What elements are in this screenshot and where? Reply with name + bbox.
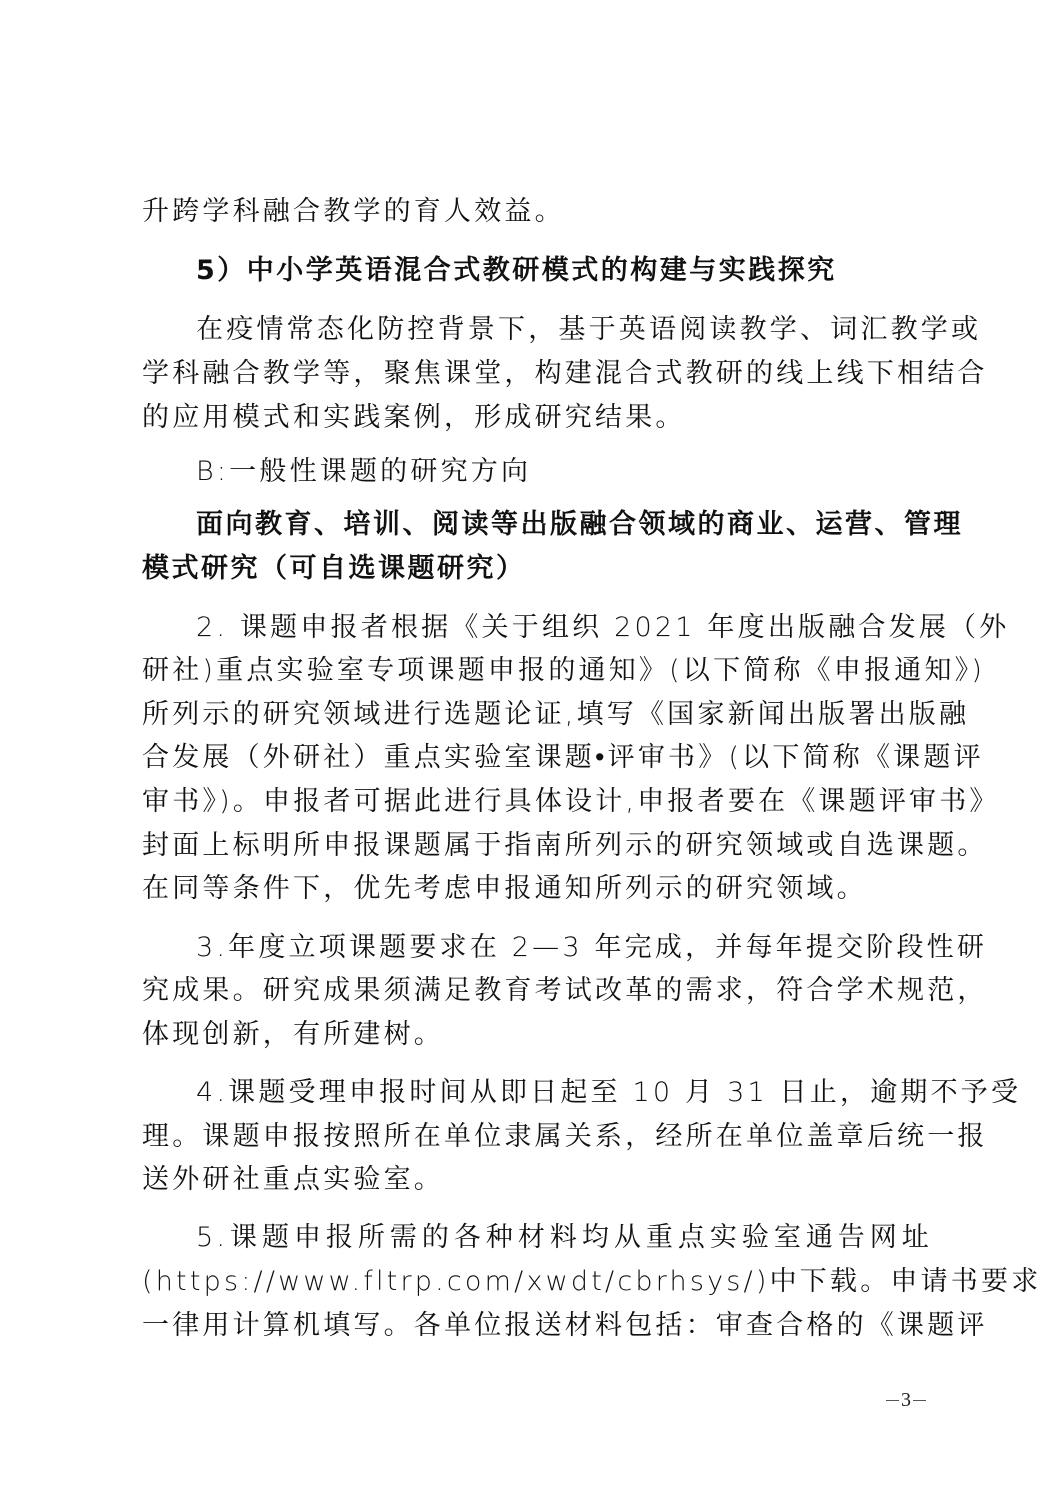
document-page: 升跨学科融合教学的育人效益。5）中小学英语混合式教研模式的构建与实践探究在疫情常…: [0, 0, 1061, 1500]
page-number-value: 3: [901, 1389, 911, 1411]
page-number-dash-left: [886, 1400, 899, 1401]
text-line: 一律用计算机填写。各单位报送材料包括：审查合格的《课题评: [142, 1310, 932, 1342]
text-line: B:一般性课题的研究方向: [196, 456, 932, 488]
text-line: 5.课题申报所需的各种材料均从重点实验室通告网址: [196, 1222, 932, 1254]
text-line: 2. 课题申报者根据《关于组织 2021 年度出版融合发展（外: [196, 612, 932, 644]
text-line: 所列示的研究领域进行选题论证,填写《国家新闻出版署出版融: [142, 699, 932, 731]
text-line: 究成果。研究成果须满足教育考试改革的需求，符合学术规范，: [142, 975, 932, 1007]
section-heading: 模式研究（可自选课题研究）: [142, 553, 932, 585]
text-line: 封面上标明所申报课题属于指南所列示的研究领域或自选课题。: [142, 830, 932, 862]
text-line: 的应用模式和实践案例，形成研究结果。: [142, 402, 932, 434]
text-line: (https://www.fltrp.com/xwdt/cbrhsys/)中下载…: [142, 1266, 932, 1298]
page-number: 3: [886, 1389, 926, 1411]
text-line: 学科融合教学等，聚焦课堂，构建混合式教研的线上线下相结合: [142, 358, 932, 390]
text-line: 理。课题申报按照所在单位隶属关系，经所在单位盖章后统一报: [142, 1121, 932, 1153]
text-line: 审书》)。申报者可据此进行具体设计,申报者要在《课题评审书》: [142, 786, 932, 818]
text-line: 3.年度立项课题要求在 2—3 年完成，并每年提交阶段性研: [196, 932, 932, 964]
text-line: 体现创新，有所建树。: [142, 1019, 932, 1051]
text-line: 在疫情常态化防控背景下，基于英语阅读教学、词汇教学或: [196, 314, 932, 346]
text-line: 升跨学科融合教学的育人效益。: [142, 196, 932, 228]
section-heading: 5）中小学英语混合式教研模式的构建与实践探究: [196, 255, 932, 287]
text-line: 4.课题受理申报时间从即日起至 10 月 31 日止，逾期不予受: [196, 1077, 932, 1109]
section-heading: 面向教育、培训、阅读等出版融合领域的商业、运营、管理: [196, 509, 932, 541]
text-line: 送外研社重点实验室。: [142, 1164, 932, 1196]
page-number-dash-right: [913, 1400, 926, 1401]
text-line: 合发展（外研社）重点实验室课题•评审书》(以下简称《课题评: [142, 742, 932, 774]
text-line: 在同等条件下，优先考虑申报通知所列示的研究领域。: [142, 873, 932, 905]
text-line: 研社)重点实验室专项课题申报的通知》(以下简称《申报通知》): [142, 655, 932, 687]
